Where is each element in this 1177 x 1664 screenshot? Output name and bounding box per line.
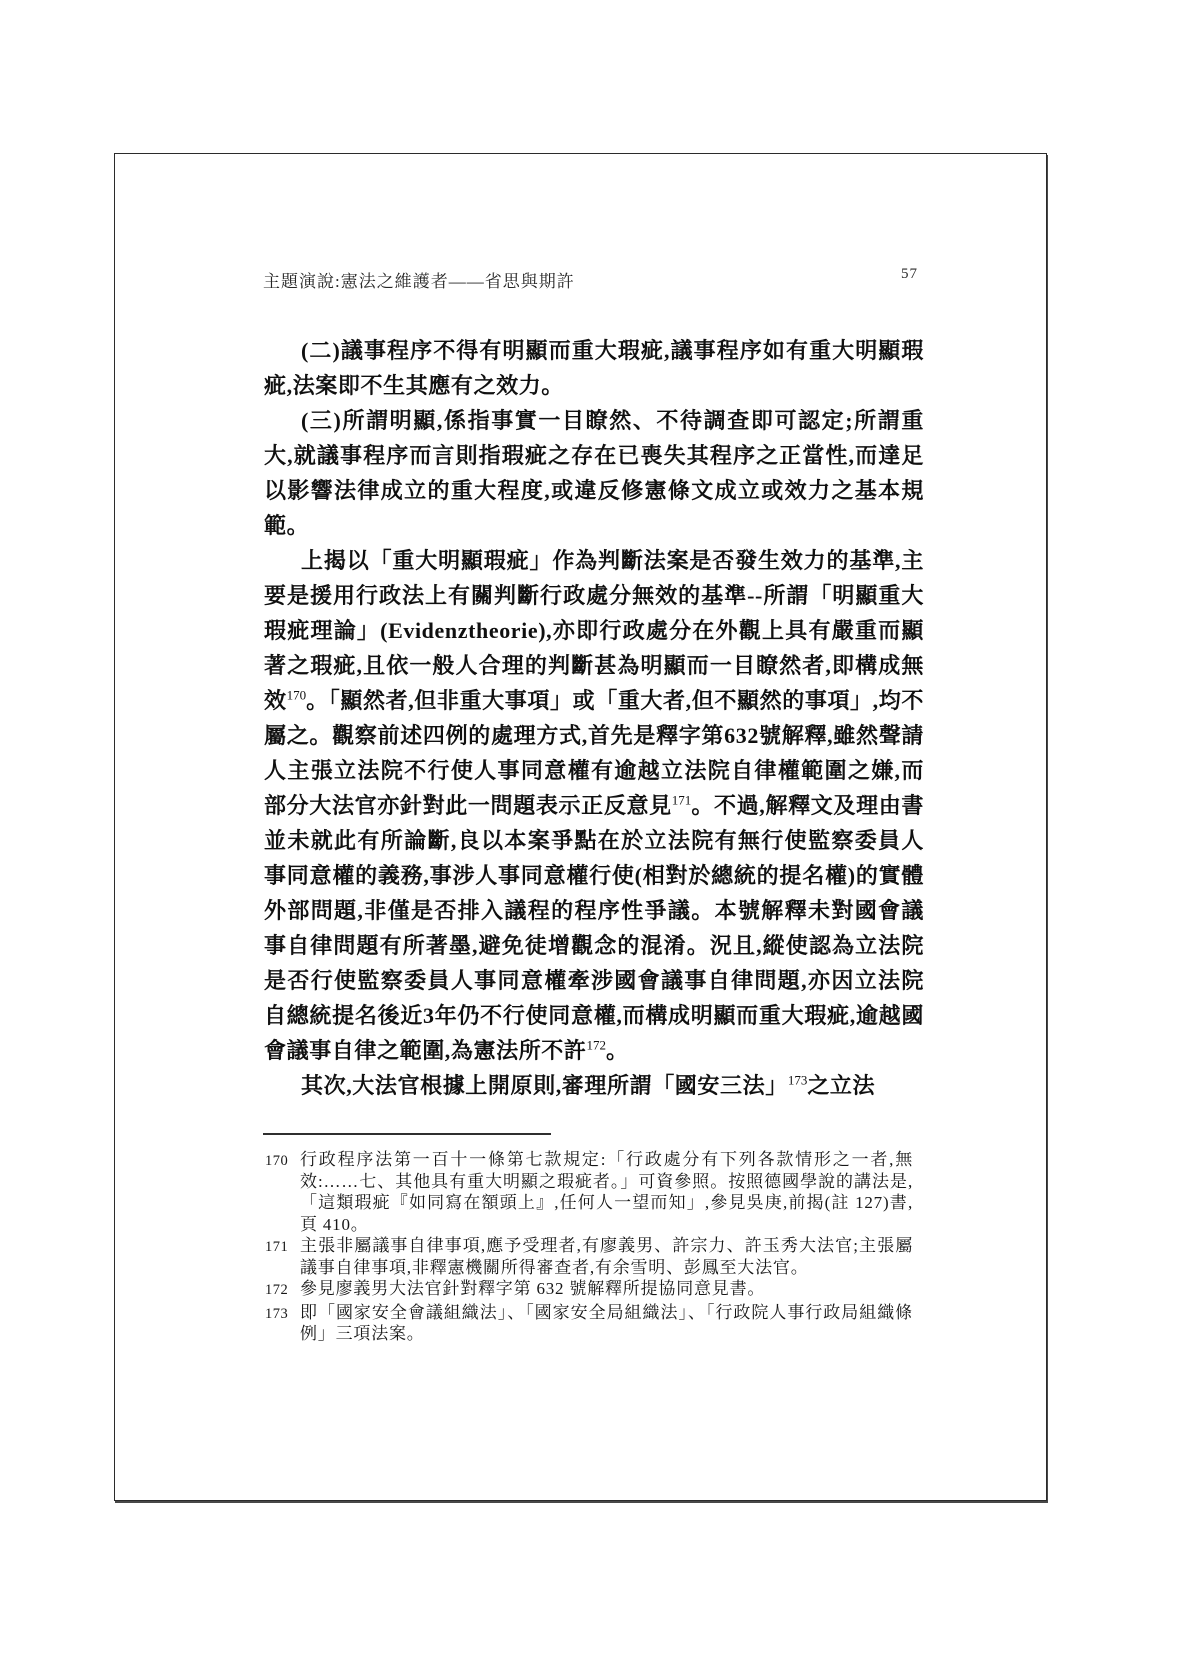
footnote-text: 主張非屬議事自律事項,應予受理者,有廖義男、許宗力、許玉秀大法官;主張屬議事自律… <box>300 1235 913 1278</box>
body-paragraph: 上揭以「重大明顯瑕疵」作為判斷法案是否發生效力的基準,主要是援用行政法上有關判斷… <box>264 543 924 1068</box>
footnote-ref: 172 <box>587 1038 607 1053</box>
footnote-item: 172參見廖義男大法官針對釋字第 632 號解釋所提協同意見書。 <box>265 1278 913 1302</box>
page-number: 57 <box>901 266 918 283</box>
footnote-ref: 171 <box>672 793 692 808</box>
footnote-item: 170行政程序法第一百十一條第七款規定:「行政處分有下列各款情形之一者,無效:…… <box>265 1149 913 1235</box>
body-paragraph: (二)議事程序不得有明顯而重大瑕疵,議事程序如有重大明顯瑕疵,法案即不生其應有之… <box>264 333 924 403</box>
footnote-item: 171主張非屬議事自律事項,應予受理者,有廖義男、許宗力、許玉秀大法官;主張屬議… <box>265 1235 913 1278</box>
footnote-text: 即「國家安全會議組織法」、「國家安全局組織法」、「行政院人事行政局組織條例」三項… <box>300 1302 913 1345</box>
body-paragraph: (三)所謂明顯,係指事實一目瞭然、不待調查即可認定;所謂重大,就議事程序而言則指… <box>264 403 924 543</box>
body-paragraph: 其次,大法官根據上開原則,審理所謂「國安三法」173之立法 <box>264 1068 924 1103</box>
page-frame: 主題演說:憲法之維護者——省思與期許 57 (二)議事程序不得有明顯而重大瑕疵,… <box>114 153 1047 1501</box>
footnote-item: 173即「國家安全會議組織法」、「國家安全局組織法」、「行政院人事行政局組織條例… <box>265 1302 913 1345</box>
footnote-text: 參見廖義男大法官針對釋字第 632 號解釋所提協同意見書。 <box>300 1278 913 1302</box>
footnote-ref: 170 <box>287 688 307 703</box>
footnote-ref: 173 <box>788 1073 808 1088</box>
footnote-list: 170行政程序法第一百十一條第七款規定:「行政處分有下列各款情形之一者,無效:…… <box>265 1149 913 1345</box>
footnote-text: 行政程序法第一百十一條第七款規定:「行政處分有下列各款情形之一者,無效:……七、… <box>300 1149 913 1235</box>
body-text: (二)議事程序不得有明顯而重大瑕疵,議事程序如有重大明顯瑕疵,法案即不生其應有之… <box>264 333 924 1103</box>
scanned-page: 主題演說:憲法之維護者——省思與期許 57 (二)議事程序不得有明顯而重大瑕疵,… <box>0 0 1177 1664</box>
running-header-title: 主題演說:憲法之維護者——省思與期許 <box>263 267 575 292</box>
footnote-number: 170 <box>265 1149 300 1235</box>
footnote-number: 172 <box>265 1278 300 1302</box>
footnote-separator <box>263 1133 551 1135</box>
footnote-number: 171 <box>265 1235 300 1278</box>
footnote-number: 173 <box>265 1302 300 1345</box>
